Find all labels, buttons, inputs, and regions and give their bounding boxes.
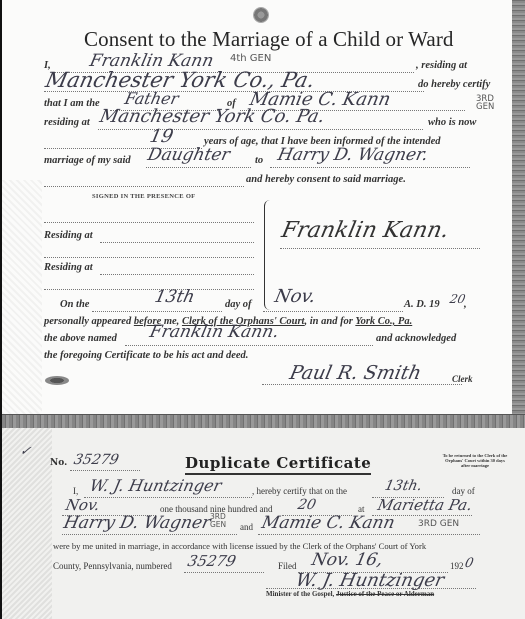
ack1-comma: , [464, 299, 467, 310]
cert3-bride-annotation: 3RD GEN [418, 520, 459, 528]
officiant-title: Minister of the Gospel, Justice of the P… [266, 590, 434, 598]
line6-relation: Daughter [146, 145, 232, 165]
cert1-day: 13th. [383, 478, 423, 494]
line3-prefix: that I am the [44, 98, 100, 109]
cert5-license: 35279 [186, 552, 238, 570]
witness3-blank [44, 289, 254, 290]
ack1-month: Nov. [273, 286, 318, 307]
line7-blank [44, 186, 244, 187]
line6-spouse: Harry D. Wagner. [276, 145, 430, 165]
witness2-name-blank [44, 257, 254, 258]
duplicate-certificate-title: Duplicate Certificate [185, 454, 371, 475]
line6-prefix: marriage of my said [44, 155, 131, 166]
cert1-officiant-blank [84, 497, 252, 498]
cert5-license-blank [184, 572, 264, 573]
punch-hole-icon [253, 7, 269, 23]
line4-prefix: residing at [44, 117, 90, 128]
consent-title: Consent to the Marriage of a Child or Wa… [84, 27, 454, 52]
witness2-residing-label: Residing at [44, 262, 93, 273]
cert5-year-print: 192 [450, 561, 464, 571]
cert5-filed-label: Filed [278, 561, 297, 571]
officiant-signature-line [266, 588, 476, 589]
line4-address: Manchester York Co. Pa. [98, 106, 327, 127]
witness-header: SIGNED IN THE PRESENCE OF [92, 193, 195, 200]
clerk-signature: Paul R. Smith [288, 362, 424, 384]
cert3-bride: Mamie C. Kann [260, 513, 397, 533]
line3-annotation: 3RD GEN [476, 95, 510, 111]
line1-annotation: 4th GEN [230, 55, 271, 63]
cert3-and: and [240, 522, 253, 532]
ack1-dayof: day of [225, 299, 252, 310]
ack2-text-c: , in and for [304, 316, 355, 327]
witness1-residing-label: Residing at [44, 230, 93, 241]
cert2-month: Nov. [64, 496, 101, 514]
cert3-bride-blank [258, 534, 480, 535]
ack3-suffix: and acknowledged [376, 333, 456, 344]
line4-blank [98, 129, 423, 130]
cert3-groom: Harry D. Wagner [62, 513, 212, 533]
cert1-prefix: I, [73, 486, 78, 496]
line5-age: 19 [148, 126, 175, 147]
scan-right-border [512, 0, 525, 428]
cert2-year: 20 [296, 497, 317, 513]
witness1-residing-blank [100, 242, 254, 243]
ack1-month-blank [263, 311, 403, 312]
parent-signature: Franklin Kann. [279, 218, 451, 243]
parent-signature-line [280, 248, 480, 249]
cert1-officiant: W. J. Huntzinger [88, 476, 223, 495]
officiant-title-kept: Minister of the Gospel, [266, 590, 336, 598]
line1-suffix: , residing at [416, 60, 467, 71]
ack3-prefix: the above named [44, 333, 117, 344]
ack1-day-blank [92, 311, 222, 312]
officiant-title-struck: Justice of the Peace or Alderman [336, 590, 434, 598]
ack2-county: York Co., Pa. [355, 316, 412, 327]
cert3-groom-annotation: 3RD GEN [210, 513, 236, 529]
ack3-name: Franklin Kann. [148, 322, 281, 342]
ack1-ad: A. D. 19 [404, 299, 440, 310]
ack4-text: the foregoing Certificate to be his act … [44, 350, 248, 361]
ack1-day: 13th [153, 287, 197, 307]
cert3-groom-blank [62, 534, 237, 535]
clerk-signature-line [262, 384, 462, 385]
cert-number-label: No. [50, 458, 67, 468]
cert2-place: Marietta Pa. [376, 496, 474, 514]
notary-seal-icon [45, 376, 69, 385]
cert5-filed-date: Nov. 16, [310, 550, 385, 570]
cert-number-blank [70, 470, 140, 471]
clerk-label: Clerk [452, 374, 473, 384]
witness2-residing-blank [100, 274, 254, 275]
line4-suffix: who is now [428, 117, 476, 128]
ack3-name-blank [125, 345, 373, 346]
cert1-suffix: day of [452, 486, 475, 496]
scan-speckle [2, 180, 42, 414]
line2-suffix: do hereby certify [418, 79, 490, 90]
line6-to: to [255, 155, 263, 166]
line6-relation-blank [146, 167, 251, 168]
signature-brace [264, 200, 273, 310]
cert5-prefix: County, Pennsylvania, numbered [53, 561, 172, 571]
line6-spouse-blank [270, 167, 470, 168]
return-instructions: To be returned to the Clerk of the Orpha… [440, 453, 510, 468]
cert-number: 35279 [72, 452, 120, 468]
cert1-mid: , hereby certify that on the [252, 486, 347, 496]
ack1-prefix: On the [60, 299, 89, 310]
line7-suffix: and hereby consent to said marriage. [246, 174, 406, 185]
witness1-name-blank [44, 222, 254, 223]
ack2-text-a: personally appeared [44, 316, 134, 327]
